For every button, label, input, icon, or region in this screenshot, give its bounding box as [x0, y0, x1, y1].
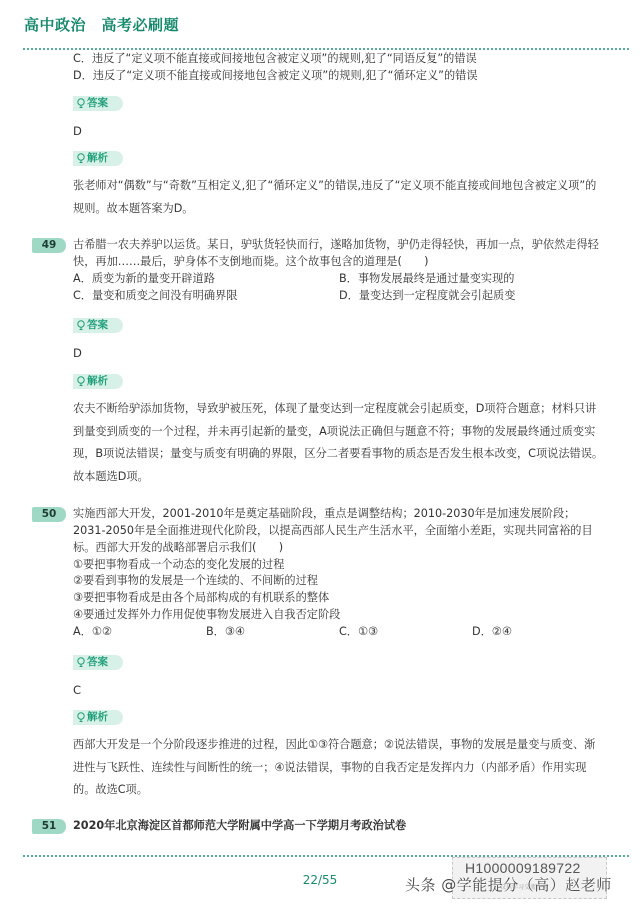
- q49-option-b: B．事物发展最终是通过量变实现的: [339, 271, 515, 287]
- q50-stem-line-1: 实施西部大开发，2001-2010年是奠定基础阶段，重点是调整结构；2010-2…: [73, 506, 575, 522]
- q50-statement-4: ④要通过发挥外力作用促使事物发展进入自我否定阶段: [73, 607, 340, 623]
- q50-analysis-tag: 解析: [73, 710, 123, 725]
- q48-option-d: D．违反了“定义项不能直接或间接地包含被定义项”的规则,犯了“循环定义”的错误: [73, 68, 478, 84]
- q50-answer: C: [73, 683, 81, 697]
- question-number-badge: 49: [32, 238, 66, 253]
- q49-option-a: A．质变为新的量变开辟道路: [73, 271, 215, 287]
- answer-tag-label: 答案: [87, 318, 108, 333]
- q50-answer-tag: 答案: [73, 655, 123, 670]
- q50-option-d: D．②④: [472, 624, 512, 640]
- toutiao-credit: 头条 @学能提分（高）赵老师: [405, 874, 612, 895]
- q50-analysis-line-3: 的。故选C项。: [73, 782, 148, 798]
- q49-analysis-line-3: 现，B项说法错误；量变与质变有明确的界限，区分二者要看事物的质态是否发生根本改变…: [73, 446, 603, 462]
- q49-answer: D: [73, 346, 82, 360]
- q49-analysis-line-1: 农夫不断给驴添加货物，导致驴被压死，体现了量变达到一定程度就会引起质变，D项符合…: [73, 401, 596, 417]
- lightbulb-icon: [77, 657, 85, 668]
- q50-option-b: B．③④: [206, 624, 245, 640]
- lightbulb-icon: [77, 98, 85, 109]
- q50-option-c: C．①③: [339, 624, 378, 640]
- lightbulb-icon: [77, 712, 85, 723]
- q49-answer-tag: 答案: [73, 318, 123, 333]
- q49-stem-line-2: 快，再加……最后，驴身体不支倒地而毙。这个故事包含的道理是( ): [73, 254, 429, 270]
- q49-analysis-line-4: 故本题选D项。: [73, 469, 149, 485]
- analysis-tag-label: 解析: [87, 374, 108, 389]
- question-number-badge: 50: [32, 507, 66, 522]
- lightbulb-icon: [77, 376, 85, 387]
- q50-statement-3: ③要把事物看成是由各个局部构成的有机联系的整体: [73, 590, 329, 606]
- q48-analysis-line-2: 规则。故本题答案为D。: [73, 201, 194, 217]
- q50-statement-2: ②要看到事物的发展是一个连续的、不间断的过程: [73, 573, 318, 589]
- q51-exam-title: 2020年北京海淀区首都师范大学附属中学高一下学期月考政治试卷: [73, 818, 406, 834]
- q48-analysis-line-1: 张老师对“偶数”与“奇数”互相定义,犯了“循环定义”的错误,违反了“定义项不能直…: [73, 178, 596, 194]
- q49-analysis-tag: 解析: [73, 374, 123, 389]
- q50-option-a: A．①②: [73, 624, 112, 640]
- answer-tag-label: 答案: [87, 655, 108, 670]
- header-title: 高中政治 高考必刷题: [24, 14, 179, 35]
- header-divider: [22, 48, 630, 50]
- page-header: 高中政治 高考必刷题: [0, 0, 640, 48]
- q50-statement-1: ①要把事物看成一个动态的变化发展的过程: [73, 557, 284, 573]
- answer-tag-label: 答案: [87, 96, 108, 111]
- q50-analysis-line-2: 进性与飞跃性、连续性与间断性的统一；④说法错误，事物的自我否定是发挥内力（内部矛…: [73, 760, 586, 776]
- q48-answer: D: [73, 124, 82, 138]
- analysis-tag-label: 解析: [87, 710, 108, 725]
- q49-stem-line-1: 古希腊一农夫养驴以运货。某日，驴驮货轻快而行，遂略加货物，驴仍走得轻快，再加一点…: [73, 237, 599, 253]
- q49-option-c: C．量变和质变之间没有明确界限: [73, 288, 237, 304]
- q50-stem-line-2: 2031-2050年是全面推进现代化阶段，以提高西部人民生产生活水平，全面缩小差…: [73, 523, 593, 539]
- question-number-badge: 51: [32, 819, 66, 834]
- q48-option-c: C．违反了“定义项不能直接或间接地包含被定义项”的规则,犯了“同语反复”的错误: [73, 51, 477, 67]
- lightbulb-icon: [77, 153, 85, 164]
- analysis-tag-label: 解析: [87, 151, 108, 166]
- q48-analysis-tag: 解析: [73, 151, 123, 166]
- q50-analysis-line-1: 西部大开发是一个分阶段逐步推进的过程，因此①③符合题意；②说法错误，事物的发展是…: [73, 737, 595, 753]
- q49-option-d: D．量变达到一定程度就会引起质变: [339, 288, 515, 304]
- q49-analysis-line-2: 到量变到质变的一个过程，并未再引起新的量变，A项说法正确但与题意不符；事物的发展…: [73, 424, 595, 440]
- lightbulb-icon: [77, 320, 85, 331]
- q50-stem-line-3: 标。西部大开发的战略部署启示我们( ): [73, 540, 283, 556]
- q48-answer-tag: 答案: [73, 96, 123, 111]
